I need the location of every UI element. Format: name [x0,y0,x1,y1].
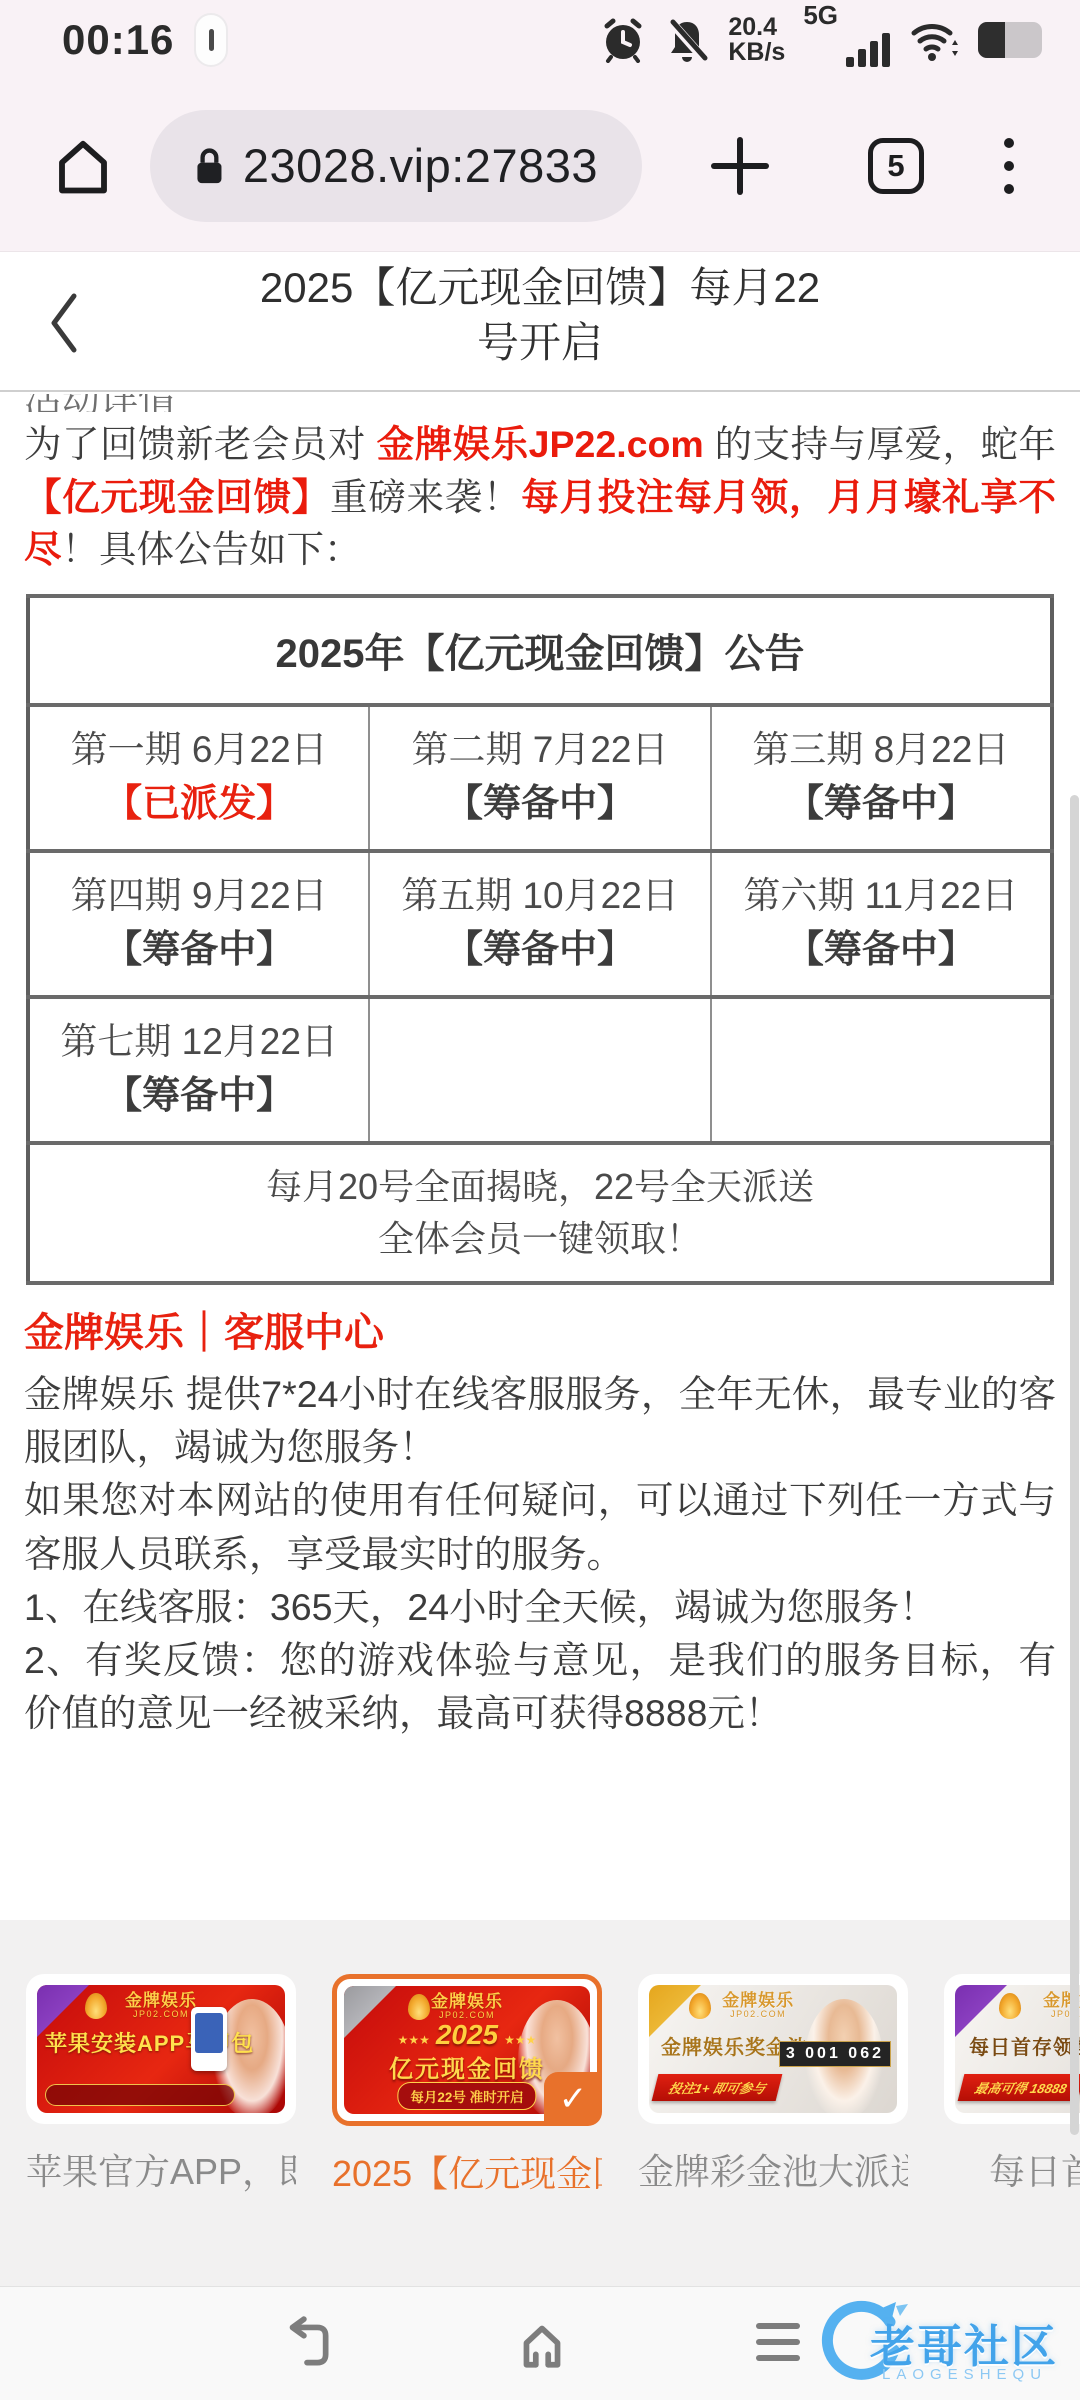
page-title: 2025【亿元现金回馈】每月22 号开启 [120,260,960,371]
new-tab-button[interactable] [708,134,772,198]
status-badge: 【筹备中】 [716,923,1046,978]
period-cell-empty [369,997,710,1143]
banner-subline: 每月22号 准时开启 [397,2082,536,2110]
site-link[interactable]: 金牌娱乐JP22.com [377,423,704,465]
table-row: 第四期 9月22日 【筹备中】 第五期 10月22日 【筹备中】 第六期 11月… [28,851,1052,997]
battery-icon [978,22,1042,58]
brand-logo-icon [999,1993,1021,2019]
brand-lockup: 金牌娱乐 JP02.COM [125,1992,197,2019]
brand-lockup: 金牌娱乐 JP02.COM [431,1993,503,2020]
nav-home-button[interactable] [512,2315,572,2378]
brand-logo-icon [408,1994,430,2020]
wifi-icon [908,17,960,63]
browser-toolbar: 23028.vip:27833 5 [0,80,1080,252]
service-paragraph: 如果您对本网站的使用有任何疑问，可以通过下列任一方式与客服人员联系，享受最实时的… [24,1474,1056,1581]
brand-logo-icon [689,1993,711,2019]
service-section: 金牌娱乐｜客服中心 金牌娱乐 提供7*24小时在线客服服务，全年无休，最专业的客… [0,1285,1080,1741]
promo-carousel: 金牌娱乐 JP02.COM 苹果安装APP马甲包 苹果官方APP，即可… 金牌娱 [0,1920,1080,2286]
menu-bar [756,2339,800,2345]
service-paragraph: 金牌娱乐 提供7*24小时在线客服服务，全年无休，最专业的客服团队，竭诚为您服务… [24,1368,1056,1475]
tab-switcher-button[interactable]: 5 [868,138,924,194]
nav-back-icon [278,2315,336,2373]
clipped-section-heading: 活动详情 [0,394,1080,412]
clock: 00:16 [62,16,174,64]
banner-image: 金牌娱乐 JP02.COM 每日首存领奖 最高可得 18888 [955,1985,1080,2113]
back-button[interactable] [42,288,86,363]
status-badge: 【筹备中】 [34,1069,364,1124]
network-speed: 20.4 KB/s [728,15,785,66]
selected-check-icon: ✓ [544,2072,602,2126]
card-caption: 金牌彩金池大派送 [638,2144,908,2195]
promo-card-daily-deposit[interactable]: 金牌娱乐 JP02.COM 每日首存领奖 最高可得 18888 每日首存领 [944,1974,1080,2286]
period-cell-empty [711,997,1052,1143]
browser-home-button[interactable] [48,131,118,201]
phone-screen: 00:16 20.4 KB/s 5G [0,0,1080,2400]
period-cell: 第六期 11月22日 【筹备中】 [711,851,1052,997]
plus-icon [708,134,772,198]
kebab-dot [1004,138,1014,148]
cellular-signal: 5G [803,14,890,67]
menu-bar [756,2323,800,2329]
period-cell: 第七期 12月22日 【筹备中】 [28,997,369,1143]
home-icon [48,131,118,201]
period-cell: 第四期 9月22日 【筹备中】 [28,851,369,997]
watermark-subtext: LAOGESHEQU [882,2366,1047,2383]
service-heading: 金牌娱乐｜客服中心 [24,1301,1056,1358]
banner-ribbon [45,2084,235,2106]
period-cell: 第三期 8月22日 【筹备中】 [711,705,1052,851]
signal-bars-icon [846,33,890,67]
phone-mockup [191,2007,227,2071]
page-header: 2025【亿元现金回馈】每月22 号开启 [0,252,1080,392]
network-type-label: 5G [803,0,838,31]
status-badge: 【筹备中】 [716,777,1046,832]
banner-headline: 每日首存领奖 [969,2031,1080,2060]
nav-back-button[interactable] [278,2315,336,2378]
service-paragraph: 1、在线客服：365天，24小时全天候，竭诚为您服务！ [24,1581,1056,1634]
table-footer: 每月20号全面揭晓，22号全天派送 全体会员一键领取！ [28,1143,1052,1283]
banner-ribbon: 投注1+ 即可参与 [652,2074,783,2101]
table-row: 第七期 12月22日 【筹备中】 [28,997,1052,1143]
promo-card-cash-rebate[interactable]: 金牌娱乐 JP02.COM ★★★2025★★★ 亿元现金回馈 每月22号 准时… [332,1974,602,2286]
table-title: 2025年【亿元现金回馈】公告 [28,596,1052,705]
tab-count: 5 [887,148,904,184]
status-badge: 【已派发】 [34,777,364,832]
notch-pill-icon [194,13,228,67]
jackpot-counter: 3 001 062 [779,2041,891,2067]
alarm-icon [600,17,646,63]
card-caption: 每日首存领 [944,2144,1080,2195]
status-badge: 【筹备中】 [374,923,705,978]
scrollbar[interactable] [1070,795,1079,2135]
banner-ribbon: 最高可得 18888 [958,2074,1080,2101]
period-cell: 第一期 6月22日 【已派发】 [28,705,369,851]
laoge-community-logo: 老哥社区 LAOGESHEQU [812,2292,1062,2396]
promo-card-jackpot-pool[interactable]: 金牌娱乐 JP02.COM 金牌娱乐奖金池 3 001 062 投注1+ 即可参… [638,1974,908,2286]
status-bar: 00:16 20.4 KB/s 5G [0,0,1080,80]
banner-image: 金牌娱乐 JP02.COM 苹果安装APP马甲包 [37,1985,285,2113]
chevron-left-icon [42,288,86,358]
period-cell: 第二期 7月22日 【筹备中】 [369,705,710,851]
announcement-table: 2025年【亿元现金回馈】公告 第一期 6月22日 【已派发】 第二期 7月22… [26,594,1054,1285]
url-text: 23028.vip:27833 [243,138,598,193]
card-caption: 2025【亿元现金回馈… [332,2146,602,2197]
kebab-dot [1004,184,1014,194]
browser-menu-button[interactable] [1004,138,1014,194]
nav-menu-button[interactable] [756,2323,800,2361]
brand-logo-icon [85,1993,107,2019]
service-paragraph: 2、有奖反馈：您的游戏体验与意见，是我们的服务目标，有价值的意见一经被采纳，最高… [24,1634,1056,1741]
url-bar[interactable]: 23028.vip:27833 [150,110,642,222]
table-row: 第一期 6月22日 【已派发】 第二期 7月22日 【筹备中】 第三期 8月22… [28,705,1052,851]
status-badge: 【筹备中】 [374,777,705,832]
mute-bell-icon [664,17,710,63]
kebab-dot [1004,161,1014,171]
card-caption: 苹果官方APP，即可… [26,2144,296,2195]
period-cell: 第五期 10月22日 【筹备中】 [369,851,710,997]
status-badge: 【筹备中】 [34,923,364,978]
intro-paragraph: 为了回馈新老会员对 金牌娱乐JP22.com 的支持与厚爱，蛇年【亿元现金回馈】… [0,412,1080,576]
promo-card-apple-app[interactable]: 金牌娱乐 JP02.COM 苹果安装APP马甲包 苹果官方APP，即可… [26,1974,296,2286]
menu-bar [756,2355,800,2361]
banner-year: ★★★2025★★★ [344,2019,590,2051]
brand-lockup: 金牌娱乐 JP02.COM [722,1992,794,2019]
lock-icon [194,144,225,188]
nav-home-icon [512,2315,572,2373]
banner-image: 金牌娱乐 JP02.COM 金牌娱乐奖金池 3 001 062 投注1+ 即可参… [649,1985,897,2113]
page-content: 活动详情 为了回馈新老会员对 金牌娱乐JP22.com 的支持与厚爱，蛇年【亿元… [0,394,1080,1741]
